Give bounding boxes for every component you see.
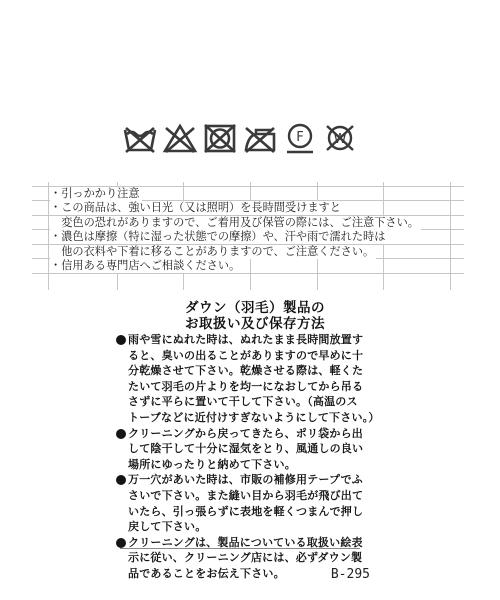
bullet-icon	[116, 335, 126, 345]
instruction-line: たいて羽毛の片よりを均一になおしてから吊る	[128, 379, 400, 395]
instruction-item: 万一穴があいた時は、市販の補修用テープでふ さいで下さい。また縫い目から羽毛が飛…	[110, 472, 400, 534]
care-instructions: 雨や雪にぬれた時は、ぬれたまま長時間放置す ると、臭いの出ることがありますので早…	[110, 332, 400, 582]
instruction-line: 分乾燥させて下さい。乾燥させる際は、軽くた	[128, 363, 400, 379]
instruction-line: クリーニングから戻ってきたら、ポリ袋から出	[128, 426, 400, 442]
bullet-icon	[116, 475, 126, 485]
dry-clean-f-icon: F	[282, 120, 318, 156]
do-not-bleach-icon	[162, 120, 198, 156]
do-not-iron-icon	[242, 120, 278, 156]
instruction-line: いたら、引っ張らずに表地を軽くつまんで押し	[128, 504, 400, 520]
instruction-line: 場所にゆったりと納めて下さい。	[128, 457, 400, 473]
label-code: B-295	[331, 567, 370, 582]
grid-line	[32, 273, 464, 274]
caution-table: ・引っかかり注意 ・この商品は、強い日光（又は照明）を長時間受けますと 変色の恐…	[38, 186, 458, 286]
instruction-line: さずに平らに置いて干して下さい。（高温のス	[128, 394, 400, 410]
divider	[120, 548, 360, 549]
do-not-wash-icon	[122, 120, 158, 156]
instruction-line: トーブなどに近付けすぎないようにして下さい。）	[128, 410, 400, 426]
bullet-icon	[116, 429, 126, 439]
no-wet-clean-icon: W	[322, 120, 358, 156]
instruction-line: さいで下さい。また縫い目から羽毛が飛び出て	[128, 488, 400, 504]
instruction-line: ると、臭いの出ることがありますので早めに十	[128, 348, 400, 364]
caution-row: 変色の恐れがありますので、ご着用及び保管の際には、ご注意下さい。	[50, 216, 421, 230]
instruction-line: 戻して下さい。	[128, 519, 400, 535]
svg-text:F: F	[296, 130, 303, 145]
instruction-line: 示に従い、クリーニング店には、必ずダウン製	[128, 550, 400, 566]
down-care-label: ダウン（羽毛）製品の お取扱い及び保存方法 雨や雪にぬれた時は、ぬれたまま長時間…	[110, 300, 400, 582]
instruction-line: して陰干して十分に湿気をとり、風通しの良い	[128, 441, 400, 457]
do-not-tumble-dry-icon	[202, 120, 238, 156]
instruction-line: 雨や雪にぬれた時は、ぬれたまま長時間放置す	[128, 332, 400, 348]
caution-row: ・引っかかり注意	[50, 187, 142, 201]
caution-row: ・信用ある専門店へご相談ください。	[50, 259, 242, 273]
caution-row: ・濃色は摩擦（特に湿った状態での摩擦）や、汗や雨で濡れた時は	[50, 230, 387, 244]
care-symbols: F W	[122, 118, 362, 158]
instruction-item: 雨や雪にぬれた時は、ぬれたまま長時間放置す ると、臭いの出ることがありますので早…	[110, 332, 400, 426]
instruction-item: クリーニングから戻ってきたら、ポリ袋から出 して陰干して十分に湿気をとり、風通し…	[110, 426, 400, 473]
label-title-line2: お取扱い及び保存方法	[110, 316, 400, 332]
instruction-line: 万一穴があいた時は、市販の補修用テープでふ	[128, 472, 400, 488]
label-title-line1: ダウン（羽毛）製品の	[110, 300, 400, 316]
svg-text:W: W	[334, 132, 347, 147]
caution-row: ・この商品は、強い日光（又は照明）を長時間受けますと	[50, 201, 343, 215]
bullet-icon	[116, 538, 126, 548]
caution-row: 他の衣料や下着に移ることがありますので、ご注意ください。	[50, 245, 376, 259]
